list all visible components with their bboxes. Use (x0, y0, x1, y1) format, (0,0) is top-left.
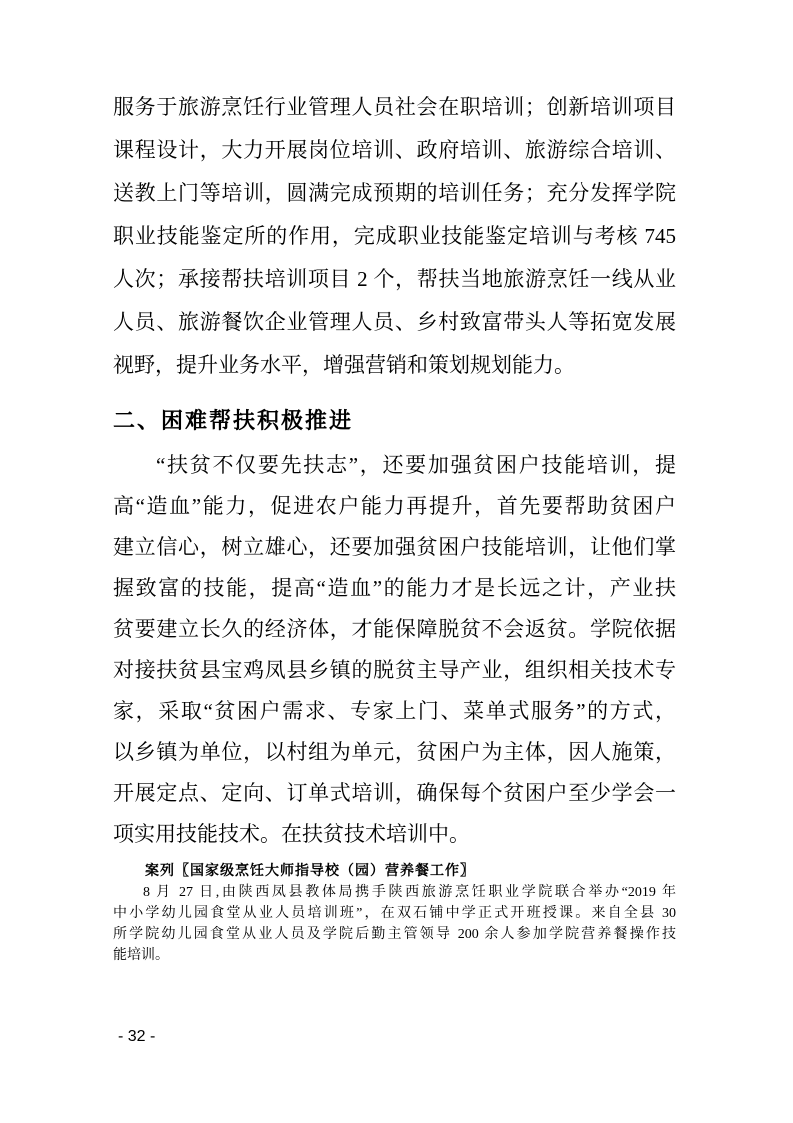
case-block: 案列〖国家级烹饪大师指导校（园）营养餐工作〗 8 月 27 日,由陕西凤县教体局… (113, 861, 676, 966)
paragraph-2-line: 贫要建立长久的经济体，才能保障脱贫不会返贫。学院依据 (113, 609, 676, 650)
case-block-line: 能培训。 (113, 945, 676, 966)
paragraph-1-line: 人员、旅游餐饮企业管理人员、乡村致富带头人等拓宽发展 (113, 301, 676, 344)
paragraph-1-line: 人次；承接帮扶培训项目 2 个，帮扶当地旅游烹饪一线从业 (113, 258, 676, 301)
paragraph-2-line: 建立信心，树立雄心，还要加强贫困户技能培训，让他们掌 (113, 527, 676, 568)
case-block-line: 8 月 27 日,由陕西凤县教体局携手陕西旅游烹饪职业学院联合举办“2019 年 (113, 882, 676, 903)
case-block-title: 案列〖国家级烹饪大师指导校（园）营养餐工作〗 (113, 861, 676, 882)
document-page: 服务于旅游烹饪行业管理人员社会在职培训；创新培训项目 课程设计，大力开展岗位培训… (0, 0, 793, 1123)
paragraph-2: “扶贫不仅要先扶志”，还要加强贫困户技能培训，提 高“造血”能力，促进农户能力再… (113, 445, 676, 855)
paragraph-2-line: “扶贫不仅要先扶志”，还要加强贫困户技能培训，提 (113, 445, 676, 486)
paragraph-2-line: 握致富的技能，提高“造血”的能力才是长远之计，产业扶 (113, 568, 676, 609)
paragraph-1: 服务于旅游烹饪行业管理人员社会在职培训；创新培训项目 课程设计，大力开展岗位培训… (113, 86, 676, 387)
paragraph-1-line: 课程设计，大力开展岗位培训、政府培训、旅游综合培训、 (113, 129, 676, 172)
paragraph-2-line: 高“造血”能力，促进农户能力再提升，首先要帮助贫困户 (113, 486, 676, 527)
paragraph-1-line: 视野，提升业务水平，增强营销和策划规划能力。 (113, 344, 676, 387)
paragraph-1-line: 送教上门等培训，圆满完成预期的培训任务；充分发挥学院 (113, 172, 676, 215)
paragraph-2-line: 项实用技能技术。在扶贫技术培训中。 (113, 814, 676, 855)
page-number: - 32 - (118, 1028, 155, 1046)
paragraph-2-line: 以乡镇为单位，以村组为单元，贫困户为主体，因人施策， (113, 732, 676, 773)
paragraph-2-line: 开展定点、定向、订单式培训，确保每个贫困户至少学会一 (113, 773, 676, 814)
paragraph-1-line: 服务于旅游烹饪行业管理人员社会在职培训；创新培训项目 (113, 86, 676, 129)
section-heading: 二、困难帮扶积极推进 (113, 404, 676, 435)
paragraph-1-line: 职业技能鉴定所的作用，完成职业技能鉴定培训与考核 745 (113, 215, 676, 258)
case-block-line: 中小学幼儿园食堂从业人员培训班”，在双石铺中学正式开班授课。来自全县 30 (113, 903, 676, 924)
paragraph-2-line: 对接扶贫县宝鸡凤县乡镇的脱贫主导产业，组织相关技术专 (113, 650, 676, 691)
case-block-line: 所学院幼儿园食堂从业人员及学院后勤主管领导 200 余人参加学院营养餐操作技 (113, 924, 676, 945)
paragraph-2-line: 家，采取“贫困户需求、专家上门、菜单式服务”的方式， (113, 691, 676, 732)
